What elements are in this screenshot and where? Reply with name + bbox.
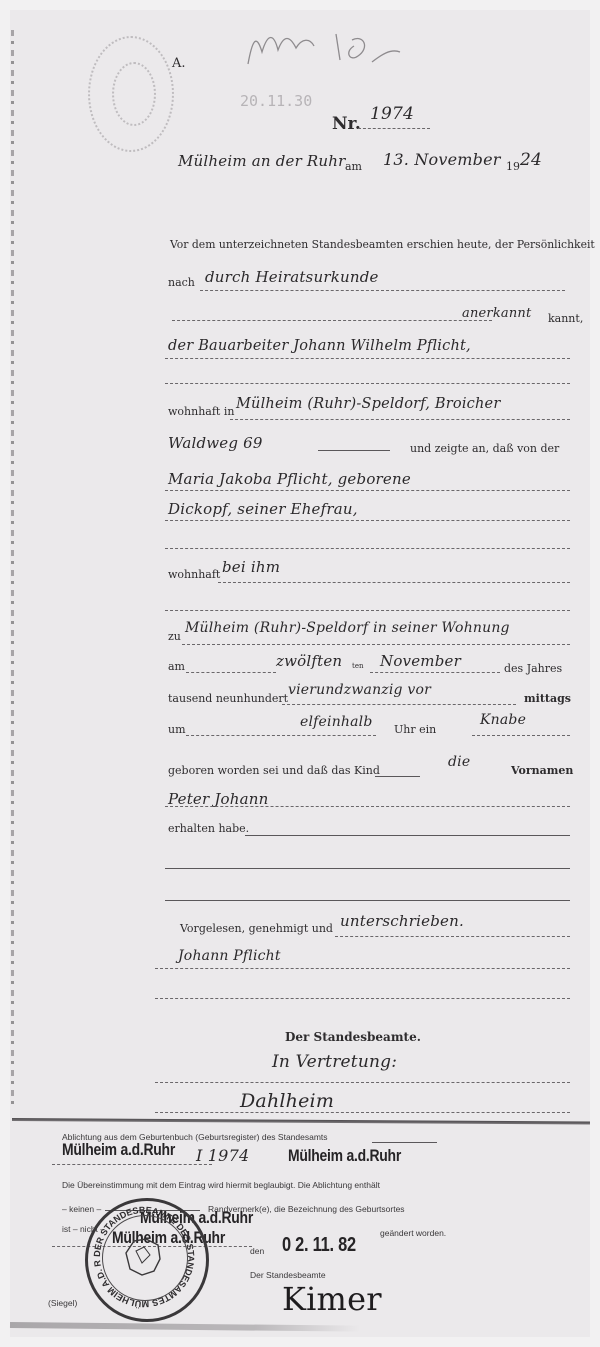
line-rule — [165, 868, 570, 869]
tausend-label: tausend neunhundert — [168, 692, 288, 705]
line-rule — [186, 735, 376, 736]
birth-day: zwölften — [276, 652, 342, 670]
am-label: am — [345, 160, 362, 173]
address-value: Waldweg 69 — [168, 434, 263, 452]
cert-date: 0 2. 11. 82 — [282, 1234, 356, 1257]
vornamen-label: Vornamen — [511, 764, 573, 777]
line-rule — [165, 490, 570, 491]
line-rule — [372, 1142, 437, 1143]
line-rule — [318, 450, 390, 451]
line-rule — [165, 358, 570, 359]
line-rule — [186, 672, 276, 673]
cert-line2: Die Übereinstimmung mit dem Eintrag wird… — [62, 1180, 380, 1190]
ten-label: ten — [352, 662, 363, 670]
line-rule — [52, 1164, 212, 1165]
birthplace-value: Mülheim (Ruhr)-Speldorf in seiner Wohnun… — [185, 620, 510, 636]
vertretung-text: In Vertretung: — [272, 1052, 397, 1072]
wohnhaft-in-label: wohnhaft in — [168, 405, 234, 418]
wohnhaft-label: wohnhaft — [168, 568, 220, 581]
line-rule — [165, 806, 570, 807]
wohnhaft-value: bei ihm — [222, 558, 280, 576]
geaendert-label: geändert worden. — [380, 1228, 446, 1238]
cert-reference: I 1974 — [196, 1146, 249, 1165]
father-name: der Bauarbeiter Johann Wilhelm Pflicht, — [168, 338, 471, 354]
birth-month: November — [380, 652, 461, 670]
scan-edge — [11, 30, 14, 1110]
place-value: Mülheim an der Ruhr — [178, 152, 346, 170]
intro-line: Vor dem unterzeichneten Standesbeamten e… — [170, 238, 595, 251]
uhr-label: Uhr ein — [394, 723, 436, 736]
line-rule — [245, 835, 570, 836]
official-seal: DER STANDESBEAMTE DES STANDESAMTES MÜLHE… — [85, 1198, 209, 1322]
erhalten-label: erhalten habe. — [168, 822, 249, 835]
mother-name-cont: Dickopf, seiner Ehefrau, — [168, 500, 358, 518]
vorgelesen-label: Vorgelesen, genehmigt und — [180, 922, 333, 935]
year-prefix: 19 — [506, 160, 520, 173]
cert-official-label: Der Standesbeamte — [250, 1270, 326, 1280]
siegel-label: (Siegel) — [48, 1298, 77, 1308]
mittags-label: mittags — [524, 692, 571, 705]
line-rule — [165, 900, 570, 901]
line-rule — [375, 776, 420, 777]
die-value: die — [448, 754, 470, 770]
year-suffix: 24 — [520, 150, 542, 170]
line-rule — [230, 419, 570, 420]
pencil-note — [240, 22, 410, 72]
signer-signature: Johann Pflicht — [178, 948, 281, 964]
vorgelesen-value: unterschrieben. — [340, 912, 464, 930]
line-rule — [370, 672, 500, 673]
zu-label: zu — [168, 630, 181, 643]
line-rule — [165, 520, 570, 521]
nach-label: nach — [168, 276, 195, 289]
line-rule — [155, 1082, 570, 1083]
nach-value: durch Heiratsurkunde — [205, 268, 379, 286]
official-title: Der Standesbeamte. — [285, 1030, 421, 1044]
kannt-label: kannt, — [548, 312, 583, 325]
seal-inner-ring — [102, 1215, 188, 1301]
line-rule — [155, 968, 570, 969]
date-value: 13. November — [383, 150, 501, 169]
faint-seal-inner — [112, 62, 156, 126]
official-signature: Dahlheim — [240, 1090, 334, 1112]
child-sex: Knabe — [480, 712, 526, 728]
am-label: am — [168, 660, 185, 673]
line-rule — [172, 320, 492, 321]
um-label: um — [168, 723, 186, 736]
line-rule — [218, 582, 570, 583]
line-rule — [165, 548, 570, 549]
birth-year-words: vierundzwanzig vor — [288, 682, 431, 698]
line-rule — [282, 704, 516, 705]
line-rule — [182, 644, 570, 645]
zeigte-label: und zeigte an, daß von der — [410, 442, 559, 455]
number-label: Nr. — [332, 114, 361, 134]
residence-value: Mülheim (Ruhr)-Speldorf, Broicher — [236, 396, 500, 412]
line-rule — [155, 1112, 570, 1113]
line-rule — [165, 383, 570, 384]
cert-stamp-city2: Mülheim a.d.Ruhr — [288, 1146, 401, 1166]
number-value: 1974 — [370, 104, 414, 124]
cert-stamp-city1: Mülheim a.d.Ruhr — [62, 1140, 175, 1160]
mother-name: Maria Jakoba Pflicht, geborene — [168, 470, 411, 488]
line-rule — [165, 610, 570, 611]
den-label: den — [250, 1246, 264, 1256]
kannt-value: anerkannt — [462, 306, 531, 321]
geboren-label: geboren worden sei und daß das Kind — [168, 764, 380, 777]
line-rule — [200, 290, 565, 291]
line-rule — [155, 998, 570, 999]
faint-date-stamp: 20.11.30 — [240, 92, 312, 110]
cert-signature: Kimer — [282, 1280, 382, 1318]
number-rule — [358, 128, 430, 129]
line-rule — [335, 936, 570, 937]
line-rule — [472, 735, 570, 736]
form-letter: A. — [172, 56, 186, 71]
birth-time: elfeinhalb — [300, 714, 373, 730]
jahres-label: des Jahres — [504, 662, 562, 675]
